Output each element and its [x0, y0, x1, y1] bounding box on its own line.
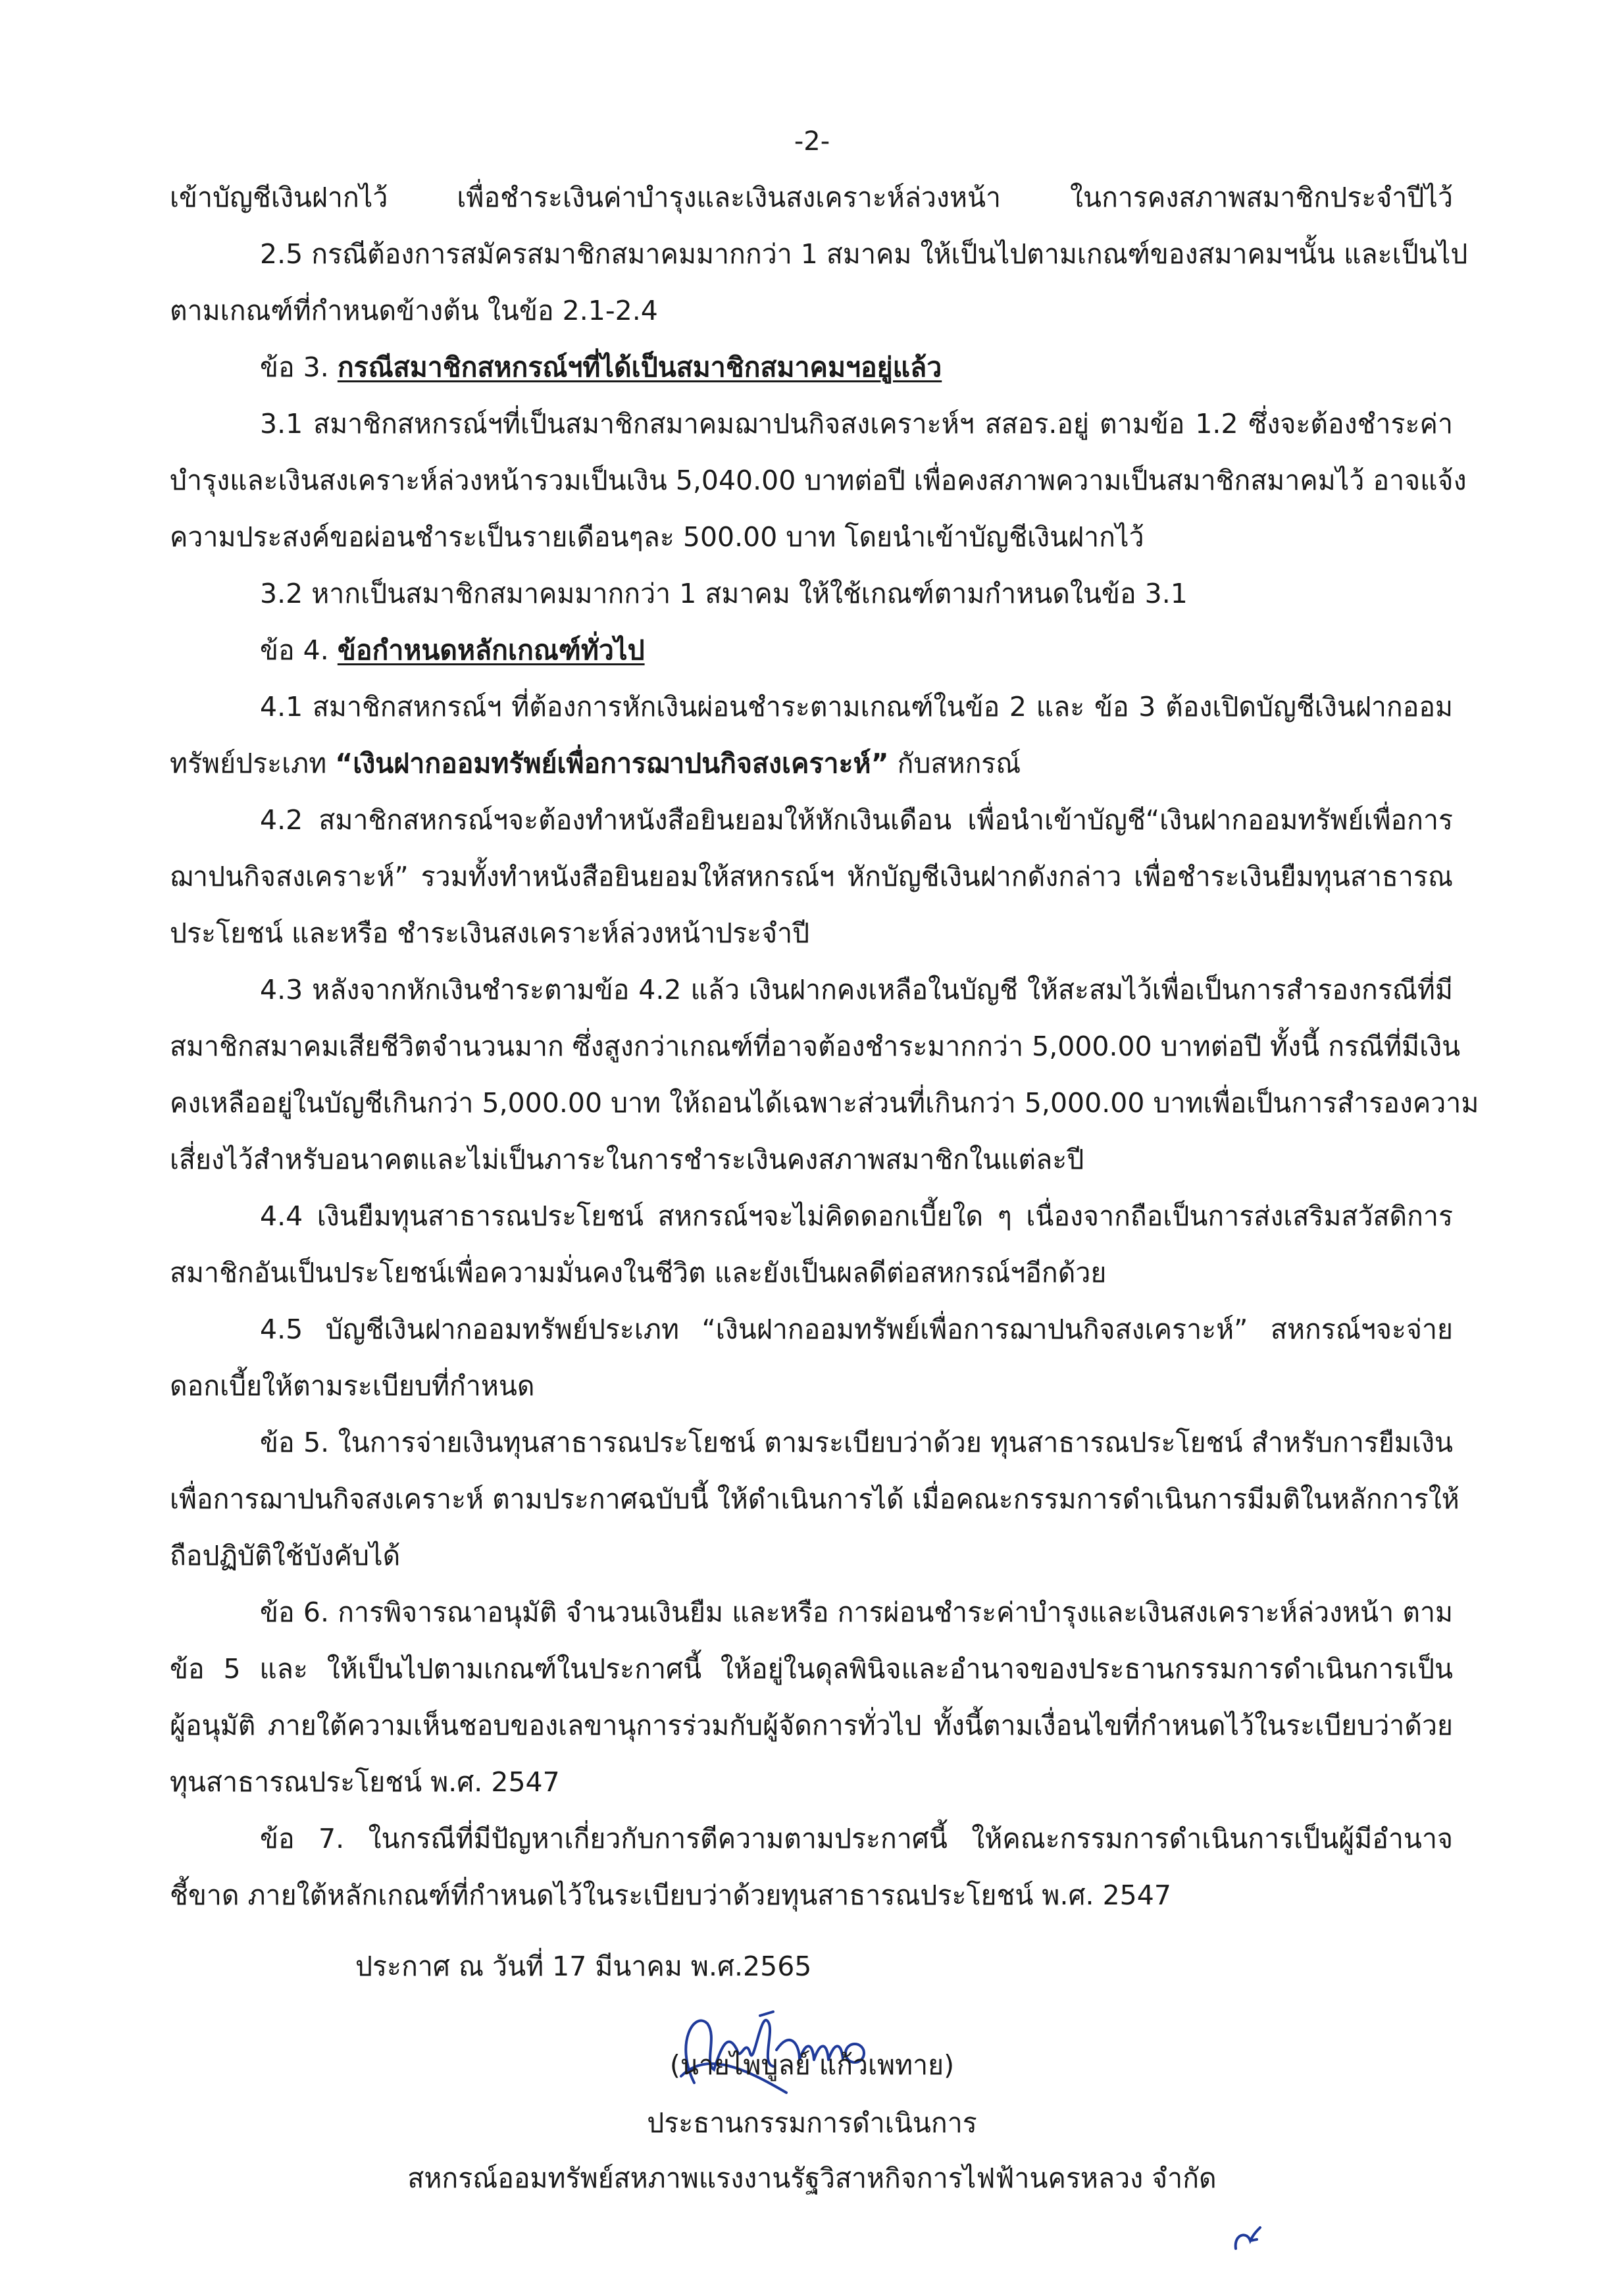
paragraph-line: ตามเกณฑ์ที่กำหนดข้างต้น ในข้อ 2.1-2.4 — [170, 291, 1453, 330]
paragraph-line: สมาชิกสมาคมเสียชีวิตจำนวนมาก ซึ่งสูงกว่า… — [170, 1027, 1453, 1066]
announcement-date: ประกาศ ณ วันที่ 17 มีนาคม พ.ศ.2565 — [355, 1947, 1624, 1986]
account-type-name: “เงินฝากออมทรัพย์เพื่อการฌาปนกิจสงเคราะห… — [335, 748, 888, 779]
paragraph-line: 2.5 กรณีต้องการสมัครสมาชิกสมาคมมากกว่า 1… — [260, 234, 1453, 274]
paragraph-line: ถือปฏิบัติใช้บังคับได้ — [170, 1536, 1453, 1575]
paragraph-line: เสี่ยงไว้สำหรับอนาคตและไม่เป็นภาระในการช… — [170, 1140, 1453, 1179]
paragraph-line-41-cont: ทรัพย์ประเภท “เงินฝากออมทรัพย์เพื่อการฌา… — [170, 744, 1453, 783]
paragraph-line: 3.1 สมาชิกสหกรณ์ฯที่เป็นสมาชิกสมาคมฌาปนก… — [260, 404, 1453, 444]
paragraph-line: ชี้ขาด ภายใต้หลักเกณฑ์ที่กำหนดไว้ในระเบี… — [170, 1875, 1453, 1915]
clause-4-number: ข้อ 4. — [260, 634, 338, 666]
paragraph-line: บำรุงและเงินสงเคราะห์ล่วงหน้ารวมเป็นเงิน… — [170, 461, 1453, 500]
organization-name: สหกรณ์ออมทรัพย์สหภาพแรงงานรัฐวิสาหกิจการ… — [0, 2158, 1624, 2198]
paragraph-line: 4.3 หลังจากหักเงินชำระตามข้อ 4.2 แล้ว เง… — [260, 970, 1453, 1009]
paragraph-line: ผู้อนุมัติ ภายใต้ความเห็นชอบของเลขานุการ… — [170, 1706, 1453, 1745]
paragraph-line: 4.2 สมาชิกสหกรณ์ฯจะต้องทำหนังสือยินยอมให… — [260, 800, 1453, 840]
paragraph-line: ข้อ 5. ในการจ่ายเงินทุนสาธารณประโยชน์ ตา… — [260, 1423, 1453, 1462]
paragraph-line: คงเหลืออยู่ในบัญชีเกินกว่า 5,000.00 บาท … — [170, 1083, 1453, 1123]
paragraph-line: 4.5 บัญชีเงินฝากออมทรัพย์ประเภท “เงินฝาก… — [260, 1310, 1453, 1349]
paragraph-line: ฌาปนกิจสงเคราะห์” รวมทั้งทำหนังสือยินยอม… — [170, 857, 1453, 896]
paragraph-line: ความประสงค์ขอผ่อนชำระเป็นรายเดือนๆละ 500… — [170, 517, 1453, 557]
paragraph-line: สมาชิกอันเป็นประโยชน์เพื่อความมั่นคงในชี… — [170, 1253, 1453, 1292]
page-number: -2- — [0, 126, 1624, 157]
clause-3-heading: ข้อ 3. กรณีสมาชิกสหกรณ์ฯที่ได้เป็นสมาชิก… — [260, 347, 1453, 387]
text-span: กับสหกรณ์ — [889, 748, 1021, 779]
paragraph-line: 4.4 เงินยืมทุนสาธารณประโยชน์ สหกรณ์ฯจะไม… — [260, 1196, 1453, 1236]
paragraph-line: เพื่อการฌาปนกิจสงเคราะห์ ตามประกาศฉบับนี… — [170, 1479, 1453, 1519]
document-page: -2- เข้าบัญชีเงินฝากไว้ เพื่อชำระเงินค่า… — [0, 0, 1624, 2296]
paragraph-line: 4.1 สมาชิกสหกรณ์ฯ ที่ต้องการหักเงินผ่อนช… — [260, 687, 1453, 727]
clause-3-title: กรณีสมาชิกสหกรณ์ฯที่ได้เป็นสมาชิกสมาคมฯอ… — [338, 351, 942, 383]
paragraph-line: ประโยชน์ และหรือ ชำระเงินสงเคราะห์ล่วงหน… — [170, 913, 1453, 953]
paragraph-line: ดอกเบี้ยให้ตามระเบียบที่กำหนด — [170, 1366, 1453, 1406]
clause-3-number: ข้อ 3. — [260, 351, 338, 383]
clause-4-heading: ข้อ 4. ข้อกำหนดหลักเกณฑ์ทั่วไป — [260, 630, 1453, 670]
paragraph-line: ทุนสาธารณประโยชน์ พ.ศ. 2547 — [170, 1762, 1453, 1802]
text-span: ทรัพย์ประเภท — [170, 748, 335, 779]
signer-title: ประธานกรรมการดำเนินการ — [0, 2103, 1624, 2143]
paragraph-line: 3.2 หากเป็นสมาชิกสมาคมมากกว่า 1 สมาคม ให… — [260, 574, 1453, 613]
signer-name: (นายไพบูลย์ แก้วเพทาย) — [0, 2045, 1624, 2085]
paragraph-line: เข้าบัญชีเงินฝากไว้ เพื่อชำระเงินค่าบำรุ… — [170, 178, 1453, 217]
paragraph-line: ข้อ 7. ในกรณีที่มีปัญหาเกี่ยวกับการตีควา… — [260, 1819, 1453, 1858]
paragraph-line: ข้อ 5 และ ให้เป็นไปตามเกณฑ์ในประกาศนี้ ใ… — [170, 1649, 1453, 1689]
paragraph-line: ข้อ 6. การพิจารณาอนุมัติ จำนวนเงินยืม แล… — [260, 1593, 1453, 1632]
initial-mark-icon — [1231, 2221, 1263, 2254]
clause-4-title: ข้อกำหนดหลักเกณฑ์ทั่วไป — [338, 634, 645, 666]
